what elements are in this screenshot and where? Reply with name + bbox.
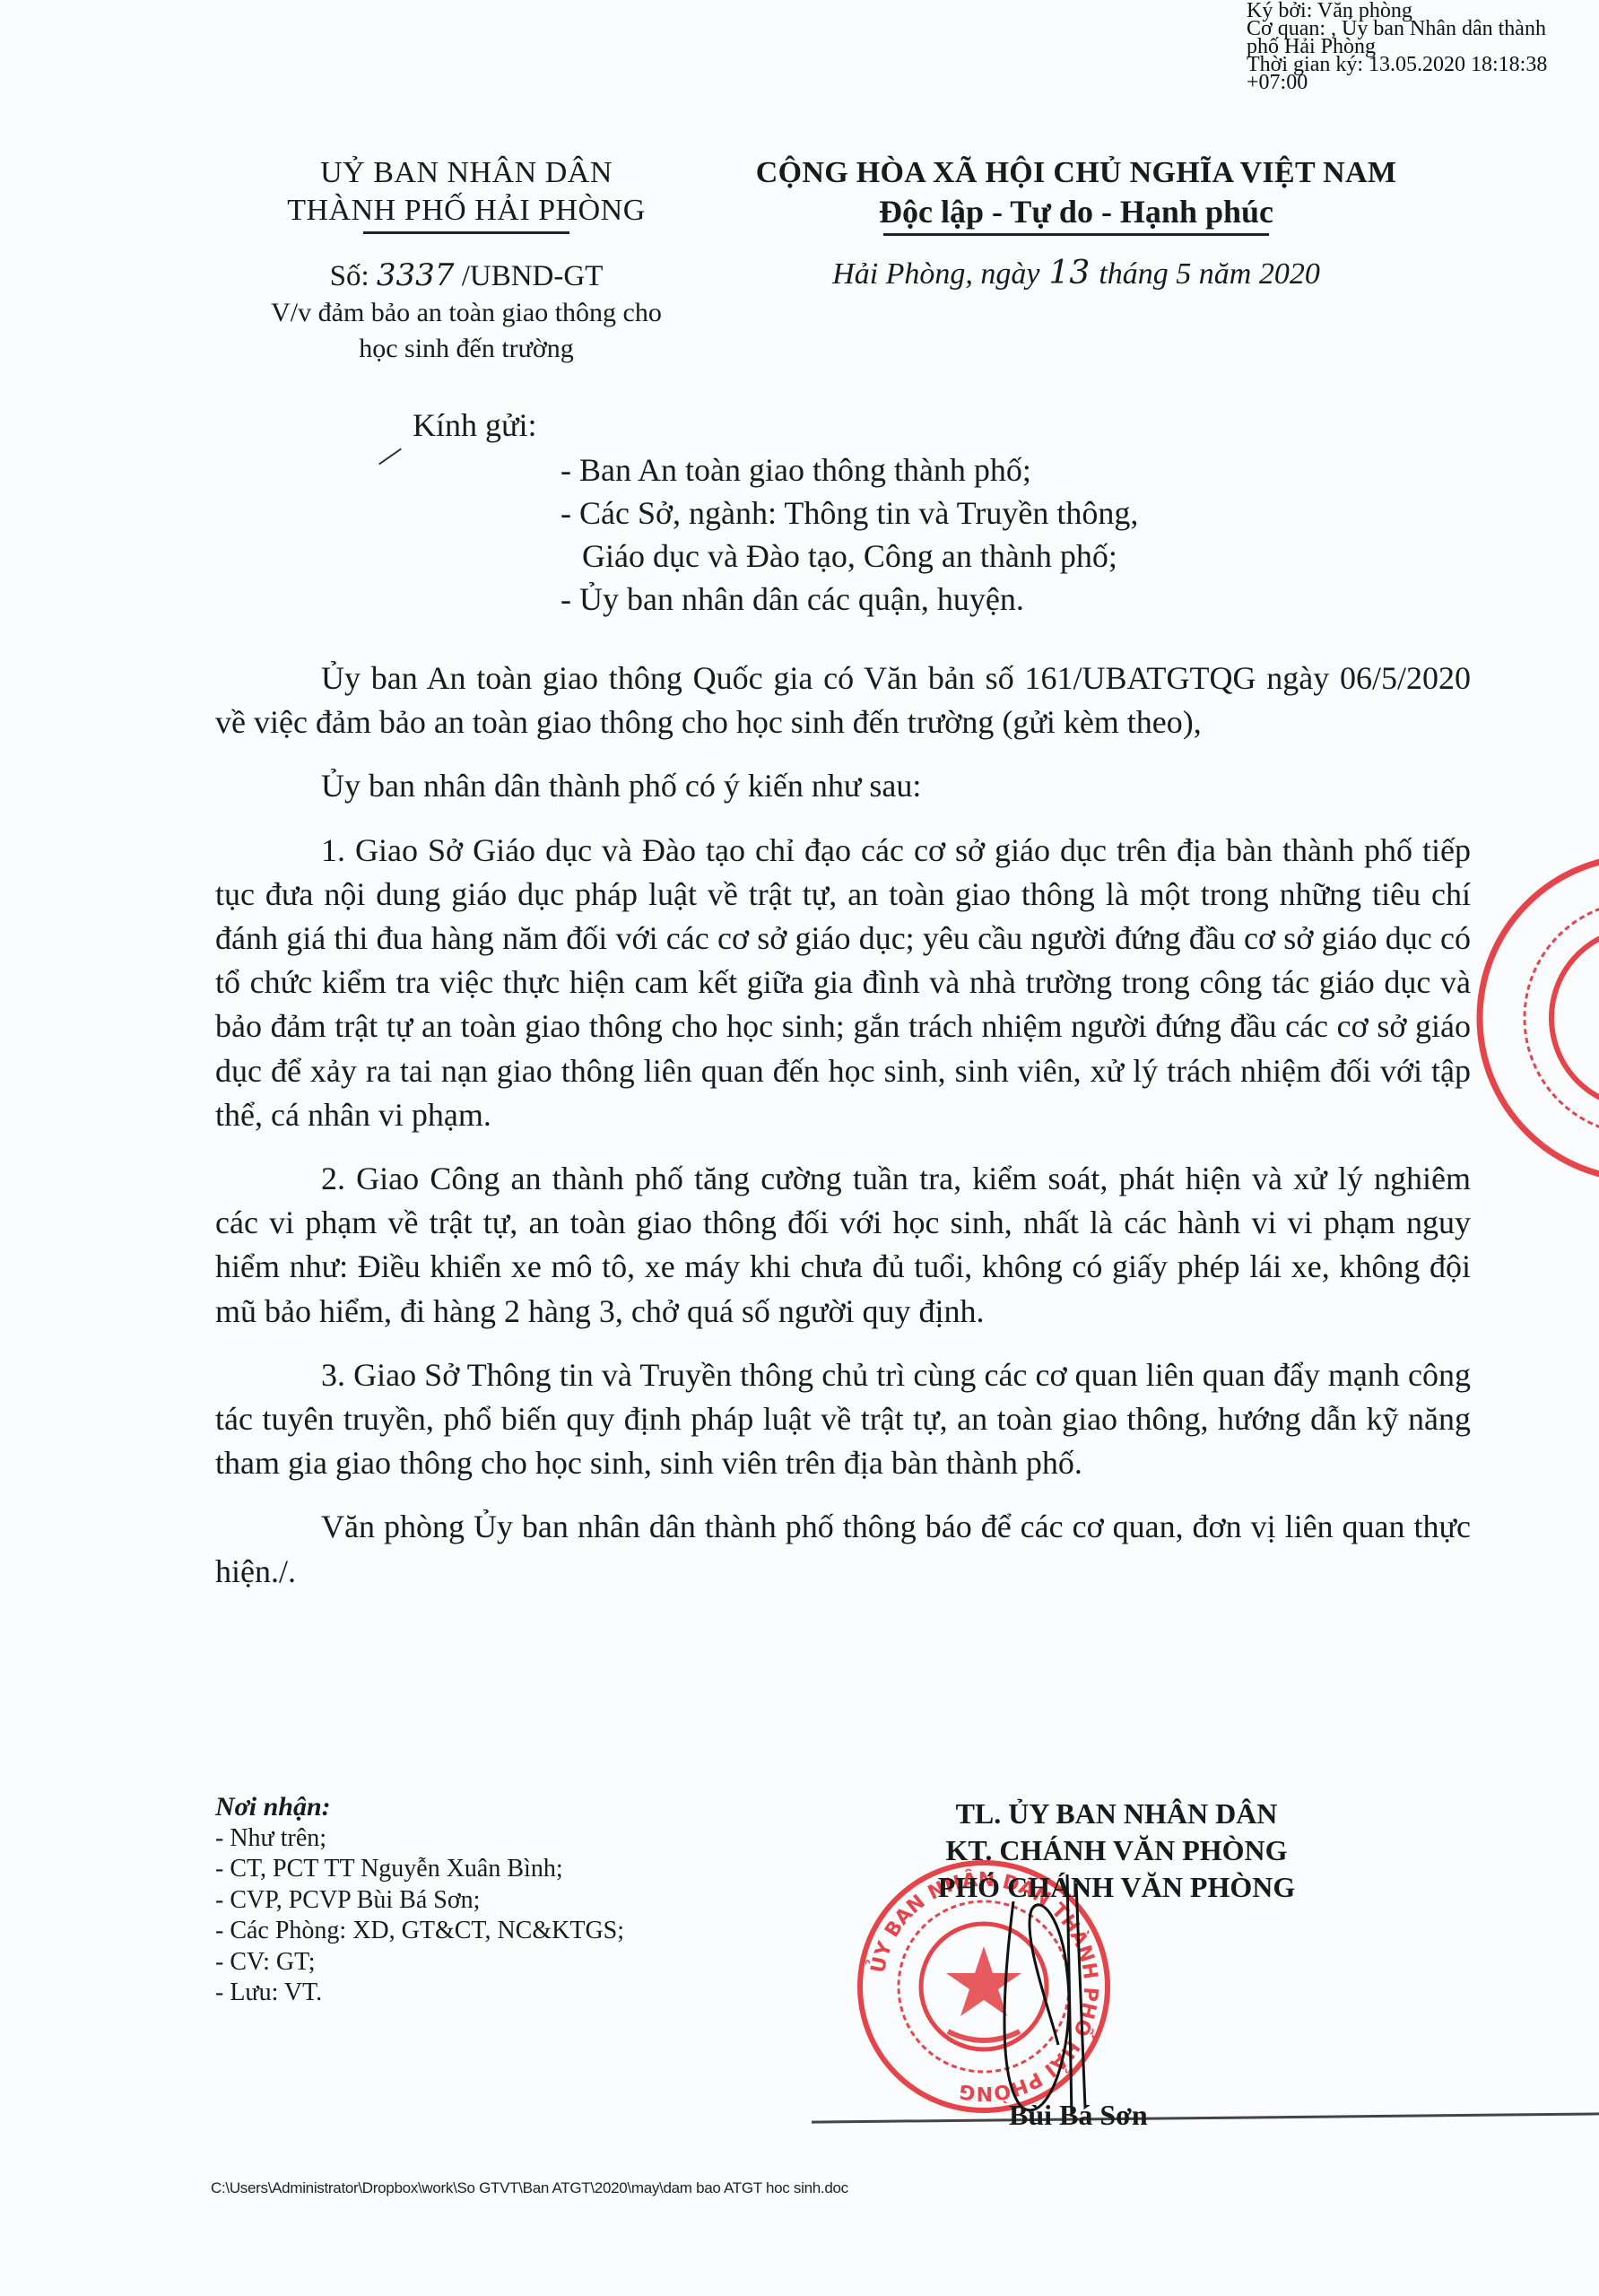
number-suffix: /UBND-GT [454,260,603,292]
document-body: Ủy ban An toàn giao thông Quốc gia có Vă… [215,657,1471,1613]
document-number: Số: 3337 /UBND-GT [233,257,700,294]
signer-title: PHÓ CHÁNH VĂN PHÒNG [883,1869,1350,1906]
handwritten-number: 3337 [377,257,455,293]
number-prefix: Số: [330,260,377,292]
agency-name-line1: UỶ BAN NHÂN DÂN [233,154,700,192]
issuing-agency-header: UỶ BAN NHÂN DÂN THÀNH PHỐ HẢI PHÒNG Số: … [233,154,700,366]
agency-name-line2: THÀNH PHỐ HẢI PHÒNG [233,192,700,230]
body-paragraph: Ủy ban An toàn giao thông Quốc gia có Vă… [215,657,1471,744]
subject-line1: V/v đảm bảo an toàn giao thông cho [233,296,700,330]
nation-title: CỘNG HÒA XÃ HỘI CHỦ NGHĨA VIỆT NAM [735,154,1417,192]
place-suffix: tháng 5 năm 2020 [1099,257,1320,291]
distribution-item: - CV: GT; [215,1947,624,1979]
edge-seal-icon [1471,848,1599,1188]
signer-on-behalf: KT. CHÁNH VĂN PHÒNG [883,1832,1350,1869]
agency-underline [363,231,569,234]
distribution-title: Nơi nhận: [215,1792,624,1823]
motto-underline [883,233,1269,236]
distribution-item: - Như trên; [215,1823,624,1855]
recipient-item: - Các Sở, ngành: Thông tin và Truyền thô… [561,491,1138,535]
signer-name: Bùi Bá Sơn [1009,2099,1148,2132]
body-paragraph: 3. Giao Sở Thông tin và Truyền thông chủ… [215,1353,1471,1486]
body-paragraph: Văn phòng Ủy ban nhân dân thành phố thôn… [215,1505,1471,1593]
signer-authority: TL. ỦY BAN NHÂN DÂN [883,1796,1350,1832]
distribution-item: - CT, PCT TT Nguyễn Xuân Bình; [215,1854,624,1885]
recipient-item: - Ban An toàn giao thông thành phố; [561,448,1138,491]
place-date: Hải Phòng, ngày13tháng 5 năm 2020 [735,256,1417,292]
recipient-item: Giáo dục và Đào tạo, Công an thành phố; [561,535,1138,578]
recipients-list: - Ban An toàn giao thông thành phố; - Cá… [561,448,1138,621]
file-path-footer: C:\Users\Administrator\Dropbox\work\So G… [211,2179,848,2197]
signature-line: +07:00 [1247,74,1596,91]
signer-block: TL. ỦY BAN NHÂN DÂN KT. CHÁNH VĂN PHÒNG … [883,1796,1350,1906]
national-motto: Độc lập - Tự do - Hạnh phúc [735,192,1417,231]
distribution-list: Nơi nhận: - Như trên; - CT, PCT TT Nguyễ… [215,1792,624,2009]
distribution-item: - Lưu: VT. [215,1978,624,2009]
digital-signature-info: Ký bởi: Văn phòng Cơ quan: , Ủy ban Nhân… [1247,2,1596,91]
handwritten-signature-icon [995,1865,1103,2126]
national-header: CỘNG HÒA XÃ HỘI CHỦ NGHĨA VIỆT NAM Độc l… [735,154,1417,292]
handwritten-day: 13 [1040,255,1099,291]
recipient-item: - Ủy ban nhân dân các quận, huyện. [561,578,1138,621]
pen-tick-mark [378,448,402,465]
recipients-label: Kính gửi: [413,405,537,445]
place-prefix: Hải Phòng, ngày [832,257,1039,291]
body-paragraph: 2. Giao Công an thành phố tăng cường tuầ… [215,1157,1471,1334]
subject-line2: học sinh đến trường [233,332,700,366]
body-paragraph: 1. Giao Sở Giáo dục và Đào tạo chỉ đạo c… [215,829,1471,1137]
distribution-item: - Các Phòng: XD, GT&CT, NC&KTGS; [215,1916,624,1947]
body-paragraph: Ủy ban nhân dân thành phố có ý kiến như … [215,764,1471,808]
distribution-item: - CVP, PCVP Bùi Bá Sơn; [215,1885,624,1917]
